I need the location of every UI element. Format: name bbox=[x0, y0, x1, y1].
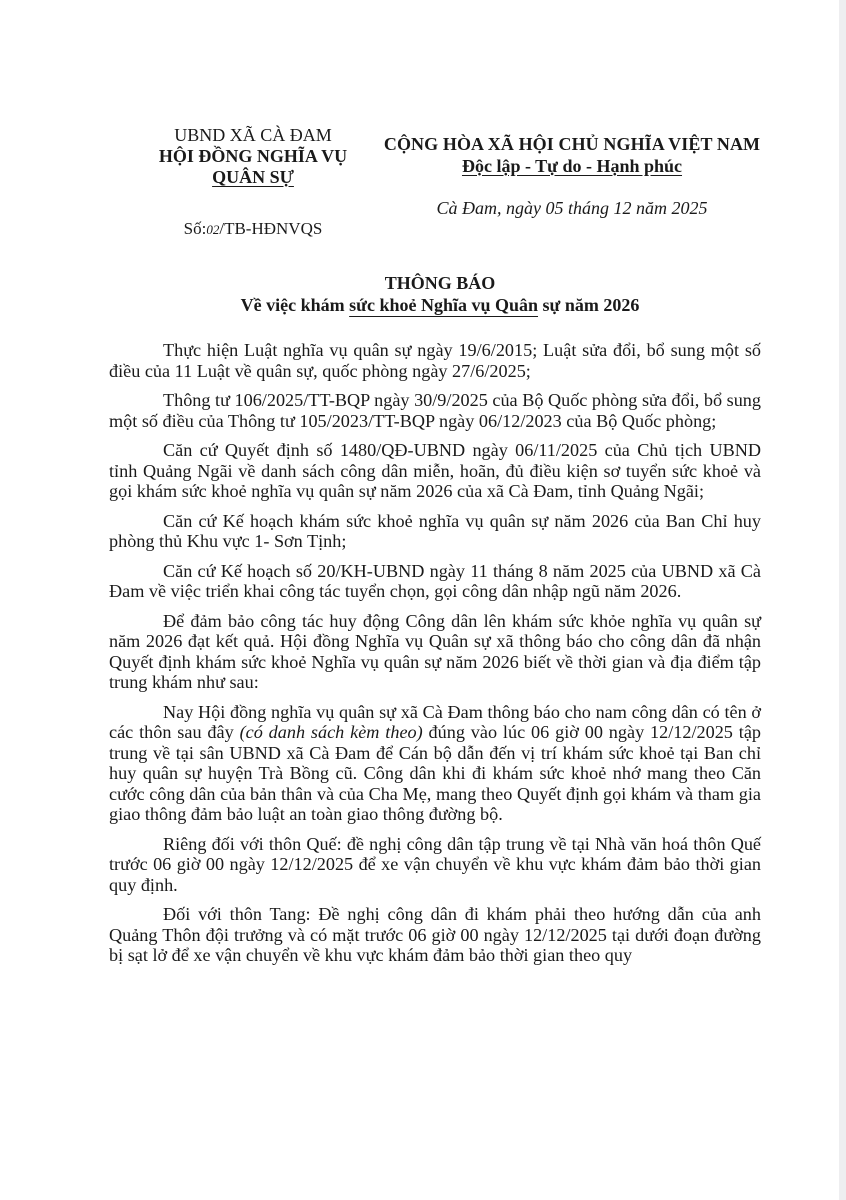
agency-line-2: HỘI ĐỒNG NGHĨA VỤ bbox=[118, 146, 388, 167]
handwritten-number: 02 bbox=[206, 222, 219, 237]
document-title: THÔNG BÁO Về việc khám sức khoẻ Nghĩa vụ… bbox=[150, 272, 730, 316]
agency-line-3: QUÂN SỰ bbox=[118, 167, 388, 188]
page-edge bbox=[839, 0, 846, 1200]
paragraph-legal-basis-4: Căn cứ Kế hoạch khám sức khoẻ nghĩa vụ q… bbox=[109, 511, 761, 552]
paragraph-notice: Nay Hội đồng nghĩa vụ quân sự xã Cà Đam … bbox=[109, 702, 761, 825]
document-number: Số:02/TB-HĐNVQS bbox=[118, 218, 388, 240]
agency-line-1: UBND XÃ CÀ ĐAM bbox=[118, 125, 388, 146]
paragraph-purpose: Để đảm bảo công tác huy động Công dân lê… bbox=[109, 611, 761, 693]
national-title: CỘNG HÒA XÃ HỘI CHỦ NGHĨA VIỆT NAM bbox=[372, 133, 772, 155]
paragraph-legal-basis-5: Căn cứ Kế hoạch số 20/KH-UBND ngày 11 th… bbox=[109, 561, 761, 602]
paragraph-thon-tang: Đối với thôn Tang: Đề nghị công dân đi k… bbox=[109, 904, 761, 966]
document-body: Thực hiện Luật nghĩa vụ quân sự ngày 19/… bbox=[109, 340, 761, 974]
paragraph-thon-que: Riêng đối với thôn Quế: đề nghị công dân… bbox=[109, 834, 761, 896]
issuing-agency-header: UBND XÃ CÀ ĐAM HỘI ĐỒNG NGHĨA VỤ QUÂN SỰ… bbox=[118, 125, 388, 240]
title-subject: Về việc khám sức khoẻ Nghĩa vụ Quân sự n… bbox=[150, 294, 730, 316]
paragraph-legal-basis-1: Thực hiện Luật nghĩa vụ quân sự ngày 19/… bbox=[109, 340, 761, 381]
paragraph-legal-basis-3: Căn cứ Quyết định số 1480/QĐ-UBND ngày 0… bbox=[109, 440, 761, 502]
national-header: CỘNG HÒA XÃ HỘI CHỦ NGHĨA VIỆT NAM Độc l… bbox=[372, 133, 772, 219]
place-date: Cà Đam, ngày 05 tháng 12 năm 2025 bbox=[372, 197, 772, 219]
title-main: THÔNG BÁO bbox=[150, 272, 730, 294]
national-motto: Độc lập - Tự do - Hạnh phúc bbox=[372, 155, 772, 177]
paragraph-legal-basis-2: Thông tư 106/2025/TT-BQP ngày 30/9/2025 … bbox=[109, 390, 761, 431]
